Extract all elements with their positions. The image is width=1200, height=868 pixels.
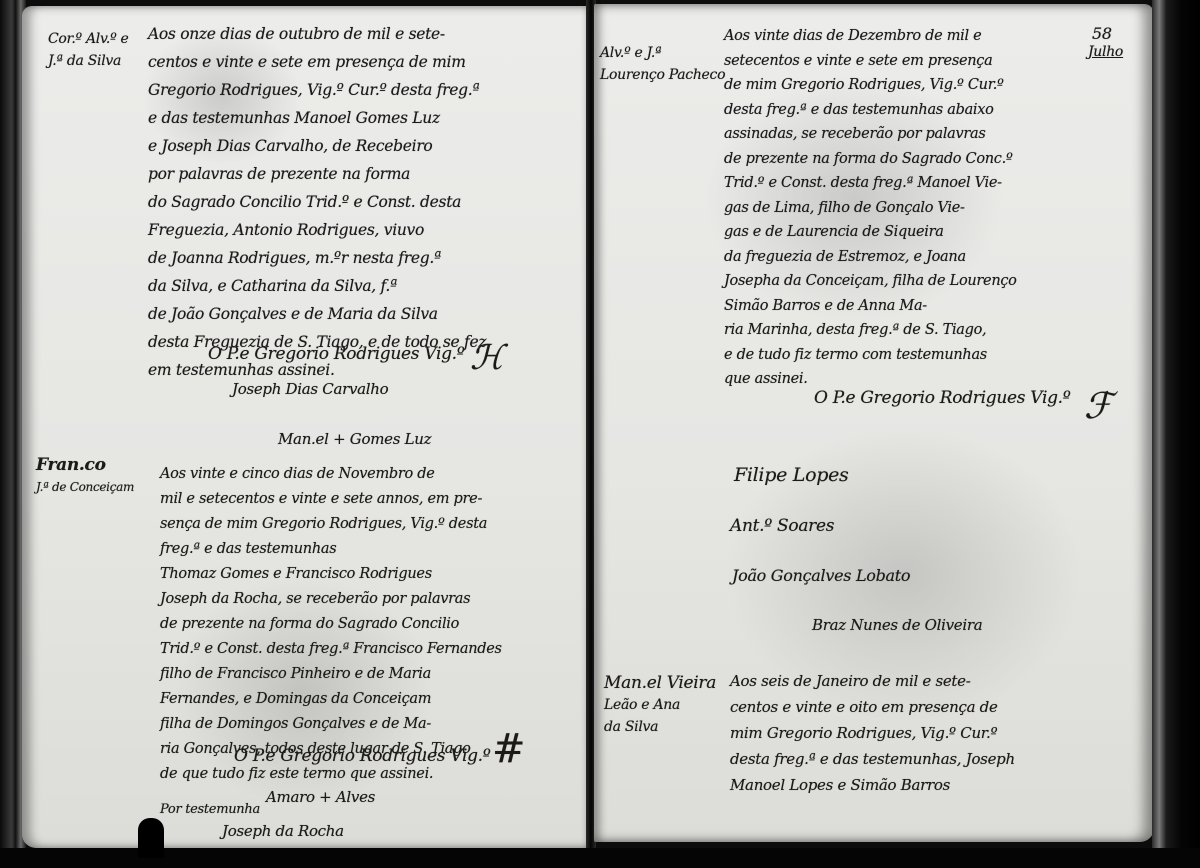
signature-priest: O P.e Gregorio Rodrigues Vig.º [814,388,1070,408]
signature-witness: Ant.º Soares [730,516,834,536]
left-page: Cor.º Alv.º e J.ª da Silva Aos onze dias… [22,6,590,848]
signature-witness: Braz Nunes de Oliveira [812,616,982,634]
entry-body: Aos vinte dias de Dezembro de mil e sete… [724,24,1017,392]
entry-body: Aos onze dias de outubro de mil e sete- … [148,20,486,384]
right-page: 58 Julho Alv.º e J.ª Lourenço Pacheco Ao… [594,4,1154,842]
witness-label: Por testemunha [160,802,260,817]
entry-body: Aos vinte e cinco dias de Novembro de mi… [160,462,502,787]
margin-note: Man.el Vieira Leão e Ana da Silva [604,672,716,738]
page-clip [138,818,164,858]
signature-witness-mark: Amaro + Alves [266,788,375,806]
rubric-flourish: # [492,726,525,772]
rubric-flourish: ℱ [1084,386,1112,427]
entry-body: Aos seis de Janeiro de mil e sete- cento… [730,668,1015,798]
book-binding-right [1152,0,1200,868]
margin-note: Fran.co J.ª de Conceiçam [36,454,134,498]
book-bottom-edge [0,848,1200,868]
page-annotation: Julho [1088,44,1123,60]
page-number: 58 [1092,24,1112,43]
signature-priest: O P.e Gregorio Rodrigues Vig.º [208,344,464,364]
signature-witness: Joseph da Rocha [222,822,344,840]
signature-priest: O P.e Gregorio Rodrigues Vig.º [234,746,490,766]
signature-witness-mark: Man.el + Gomes Luz [278,430,431,448]
rubric-flourish: ℋ [470,338,503,378]
signature-witness: Filipe Lopes [734,464,848,486]
signature-witness: João Gonçalves Lobato [732,566,910,585]
margin-note: Cor.º Alv.º e J.ª da Silva [48,28,128,72]
signature-witness: Joseph Dias Carvalho [232,380,388,398]
manuscript-spread: Cor.º Alv.º e J.ª da Silva Aos onze dias… [0,0,1200,868]
margin-note: Alv.º e J.ª Lourenço Pacheco [600,42,725,86]
